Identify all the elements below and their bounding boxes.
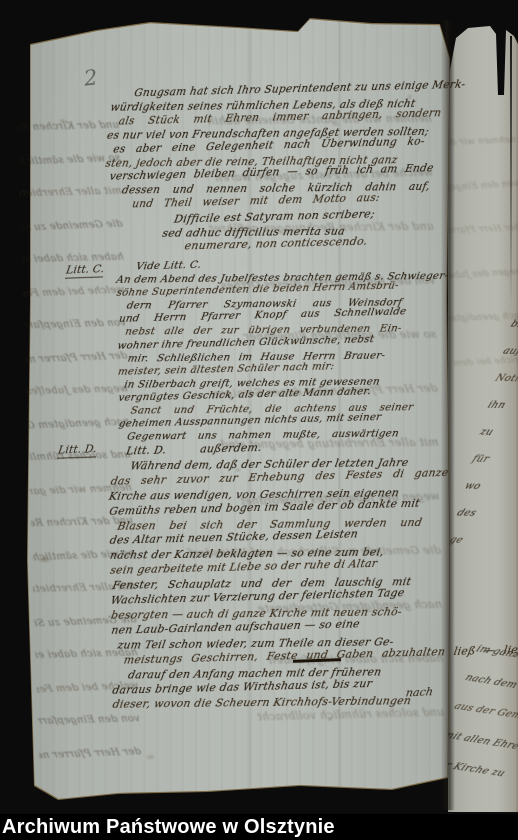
handwriting-line: welche bei dem Feste zugegen waren [19, 273, 129, 310]
adjacent-page-edge: nehmen wir die gantze Gemeine dahin von … [448, 0, 518, 812]
archival-scan-photo: nehmen wir die gantze Gemeine dahin von … [0, 0, 518, 840]
handwriting-line: wegen des Jubelfestes angeordnet [448, 250, 518, 298]
catchword: nach [405, 685, 434, 699]
margin-label-litt-d: Litt. D. [57, 442, 98, 458]
litt-d-heading-suffix: außerdem. [199, 441, 263, 456]
handwriting-fragment: wo [459, 473, 502, 501]
handwriting-line: der Herr Pfarrer nebst denen Seinigen [448, 206, 518, 253]
handwriting-line: von den Eingepfarrten dieses Orthes [448, 162, 518, 210]
archive-caption-bar: Archiwum Państwowe w Olsztynie [0, 814, 518, 840]
handwriting-fragment: des [451, 499, 493, 527]
page-number: 2 [83, 65, 99, 90]
binding-shadow-line [510, 36, 512, 306]
litt-d-paragraph: Litt. D.außerdem. Während dem, daß der S… [108, 439, 457, 713]
handwriting-line: wegen des Jubelfestes angeordnet [22, 372, 131, 407]
handwriting-line: der Herr Pfarrer nebst denen Seinigen [35, 735, 141, 771]
handwriting-fragment: zu [474, 419, 517, 447]
latin-quote: Difficile est Satyram non scribere; sed … [162, 208, 443, 254]
handwriting-line: nach geendigtem Gottesdienste [24, 405, 134, 442]
handwriting-fragment: ihn [482, 392, 518, 420]
handwriting-line: der Herr Pfarrer nebst denen Seinigen [21, 339, 131, 376]
archive-caption-text: Archiwum Państwowe w Olsztynie [0, 816, 335, 839]
handwriting-line: von den Eingepfarrten dieses Orthes [20, 306, 129, 341]
litt-c-paragraph: Vide Litt. C. An dem Abend des Jubelfest… [116, 255, 455, 444]
spacer [166, 453, 200, 454]
intro-paragraph: Gnugsam hat sich Ihro Superintendent zu … [104, 82, 454, 213]
adjacent-page-bottom-text: im ganzen der nach dem Feste aus der Gem… [448, 635, 518, 791]
margin-label-litt-c: Litt. C. [65, 262, 105, 278]
litt-d-heading-label: Litt. D. [125, 444, 167, 458]
handwriting-fragment: für [467, 446, 509, 474]
handwriting-line: nehmen wir die gantze Gemeine dahin [448, 118, 518, 165]
